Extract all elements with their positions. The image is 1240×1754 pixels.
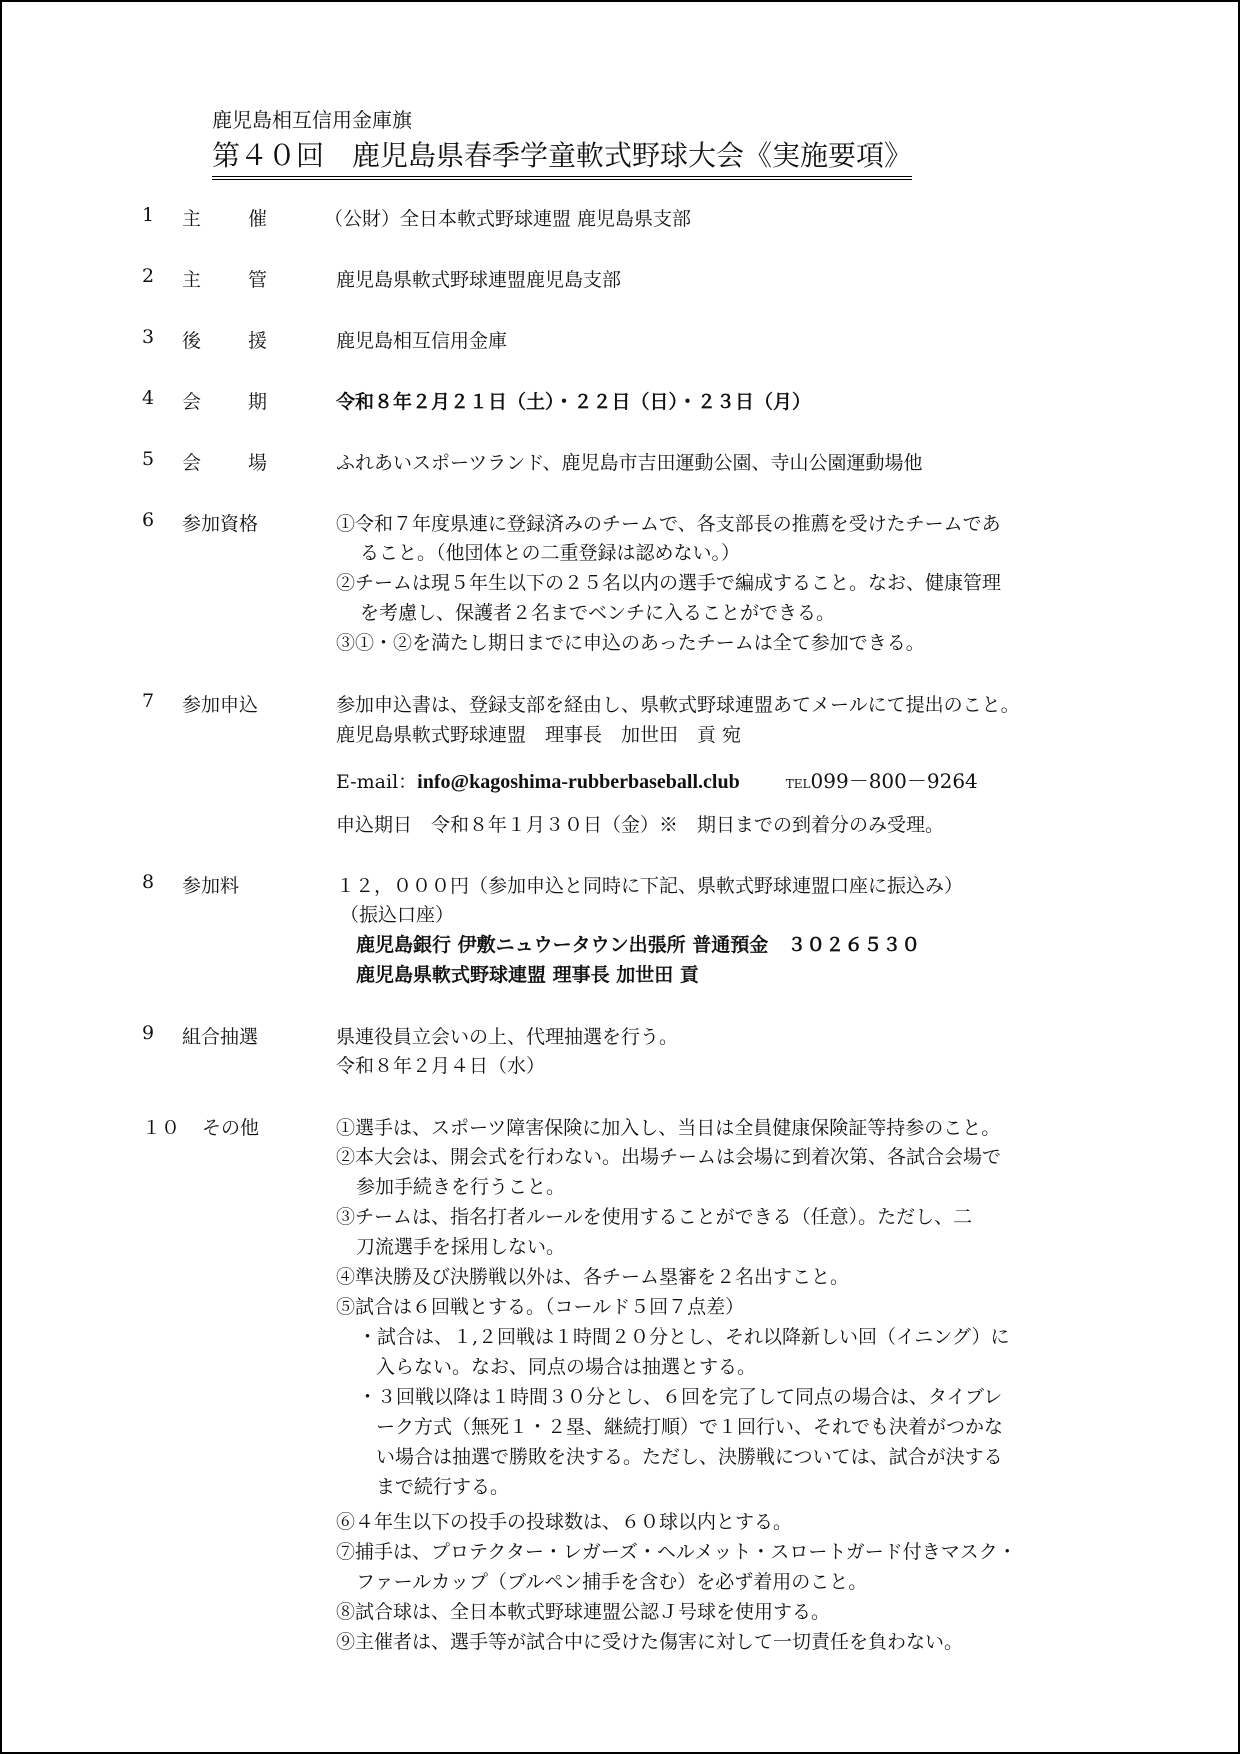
misc-line: ファールカップ（ブルペン捕手を含む）を必ず着用のこと。	[356, 1567, 867, 1594]
misc-line: ⑥４年生以下の投手の投球数は、６０球以内とする。	[336, 1507, 792, 1534]
misc-line: ①選手は、スポーツ障害保険に加入し、当日は全員健康保険証等持参のこと。	[336, 1113, 1000, 1140]
misc-subline: ・試合は、１,２回戦は１時間２０分とし、それ以降新しい回（イニング）に	[358, 1322, 1009, 1349]
section-label-char: 会	[182, 387, 201, 414]
eligibility-line: ②チームは現５年生以下の２５名以内の選手で編成すること。なお、健康管理	[336, 568, 1001, 595]
document-subtitle: 鹿児島相互信用金庫旗	[212, 104, 412, 133]
section-label-char: 会	[182, 448, 201, 475]
application-deadline: 申込期日 令和８年１月３０日（金）※ 期日までの到着分のみ受理。	[336, 810, 944, 837]
email-link[interactable]: info@kagoshima-rubberbaseball.club	[417, 771, 740, 793]
misc-line: ⑦捕手は、プロテクター・レガーズ・ヘルメット・スロートガード付きマスク・	[336, 1537, 1017, 1564]
fee-line: （振込口座）	[340, 900, 454, 927]
document-title: 第４０回 鹿児島県春季学童軟式野球大会《実施要項》	[212, 134, 912, 180]
section-label-char: 管	[248, 265, 267, 292]
misc-line: ⑨主催者は、選手等が試合中に受けた傷害に対して一切責任を負わない。	[336, 1627, 963, 1654]
application-line: 参加申込書は、登録支部を経由し、県軟式野球連盟あてメールにて提出のこと。	[336, 690, 1020, 717]
section-number: 6	[142, 509, 154, 531]
section-number: 5	[142, 448, 154, 470]
eligibility-line: ①令和７年度県連に登録済みのチームで、各支部長の推薦を受けたチームであ	[336, 509, 1001, 536]
misc-line: 参加手続きを行うこと。	[356, 1172, 565, 1199]
application-line: 鹿児島県軟式野球連盟 理事長 加世田 貢 宛	[336, 720, 741, 747]
eligibility-line: を考慮し、保護者２名までベンチに入ることができる。	[360, 598, 835, 625]
section-label: 参加申込	[182, 690, 258, 717]
section-number: 2	[142, 265, 154, 287]
misc-line: 刀流選手を採用しない。	[356, 1232, 565, 1259]
misc-subline: 入らない。なお、同点の場合は抽選とする。	[376, 1352, 756, 1379]
misc-subline: まで続行する。	[376, 1472, 509, 1499]
email-label: E-mail：	[336, 771, 417, 793]
fee-line: １２，０００円（参加申込と同時に下記、県軟式野球連盟口座に振込み）	[336, 871, 963, 898]
misc-line: ⑧試合球は、全日本軟式野球連盟公認Ｊ号球を使用する。	[336, 1597, 830, 1624]
misc-line: ④準決勝及び決勝戦以外は、各チーム塁審を２名出すこと。	[336, 1262, 849, 1289]
section-number: 1	[142, 204, 154, 226]
organizer-text: （公財）全日本軟式野球連盟 鹿児島県支部	[324, 204, 691, 231]
section-label: 組合抽選	[182, 1022, 258, 1049]
phone-number: 099－800－9264	[811, 769, 978, 793]
section-label: 参加料	[182, 871, 239, 898]
bank-account-line: 鹿児島県軟式野球連盟 理事長 加世田 貢	[356, 960, 699, 987]
manager-text: 鹿児島県軟式野球連盟鹿児島支部	[336, 265, 621, 292]
section-label-char: 主	[182, 265, 201, 292]
section-label-char: 催	[248, 204, 267, 231]
bank-account-line: 鹿児島銀行 伊敷ニュウータウン出張所 普通預金 ３０２６５３０	[356, 930, 920, 957]
misc-line: ⑤試合は６回戦とする。（コールド５回７点差）	[336, 1292, 744, 1319]
phone-icon: TEL	[786, 777, 811, 791]
eligibility-line: ③①・②を満たし期日までに申込のあったチームは全て参加できる。	[336, 628, 925, 655]
draw-line: 県連役員立会いの上、代理抽選を行う。	[336, 1022, 678, 1049]
section-label-char: 期	[248, 387, 267, 414]
section-number: 7	[142, 690, 154, 712]
misc-line: ③チームは、指名打者ルールを使用することができる（任意）。ただし、二	[336, 1202, 972, 1229]
section-label-char: 援	[248, 326, 267, 353]
event-dates: 令和８年２月２１日（土）・２２日（日）・２３日（月）	[336, 387, 811, 414]
section-label: その他	[202, 1113, 259, 1140]
section-label: 参加資格	[182, 509, 258, 536]
section-label-char: 主	[182, 204, 201, 231]
section-label-char: 場	[248, 448, 267, 475]
section-number: 3	[142, 326, 154, 348]
section-number: 4	[142, 387, 154, 409]
misc-line: ②本大会は、開会式を行わない。出場チームは会場に到着次第、各試合会場で	[336, 1142, 1001, 1169]
section-label-char: 後	[182, 326, 201, 353]
misc-subline: ・３回戦以降は１時間３０分とし、６回を完了して同点の場合は、タイブレ	[358, 1382, 1002, 1409]
section-number: 8	[142, 871, 154, 893]
misc-subline: ーク方式（無死１・２塁、継続打順）で１回行い、それでも決着がつかな	[376, 1412, 1003, 1439]
venue-text: ふれあいスポーツランド、鹿児島市吉田運動公園、寺山公園運動場他	[336, 448, 923, 475]
sponsor-text: 鹿児島相互信用金庫	[336, 326, 507, 353]
document-page: 鹿児島相互信用金庫旗 第４０回 鹿児島県春季学童軟式野球大会《実施要項》 1 主…	[0, 0, 1240, 1754]
draw-line: 令和８年２月４日（水）	[336, 1051, 545, 1078]
section-number: 9	[142, 1022, 154, 1044]
misc-subline: い場合は抽選で勝敗を決する。ただし、決勝戦については、試合が決する	[376, 1442, 1003, 1469]
contact-line: E-mail：info@kagoshima-rubberbaseball.clu…	[336, 765, 978, 794]
section-number: １０	[142, 1113, 180, 1140]
eligibility-line: ること。（他団体との二重登録は認めない。）	[360, 538, 740, 565]
